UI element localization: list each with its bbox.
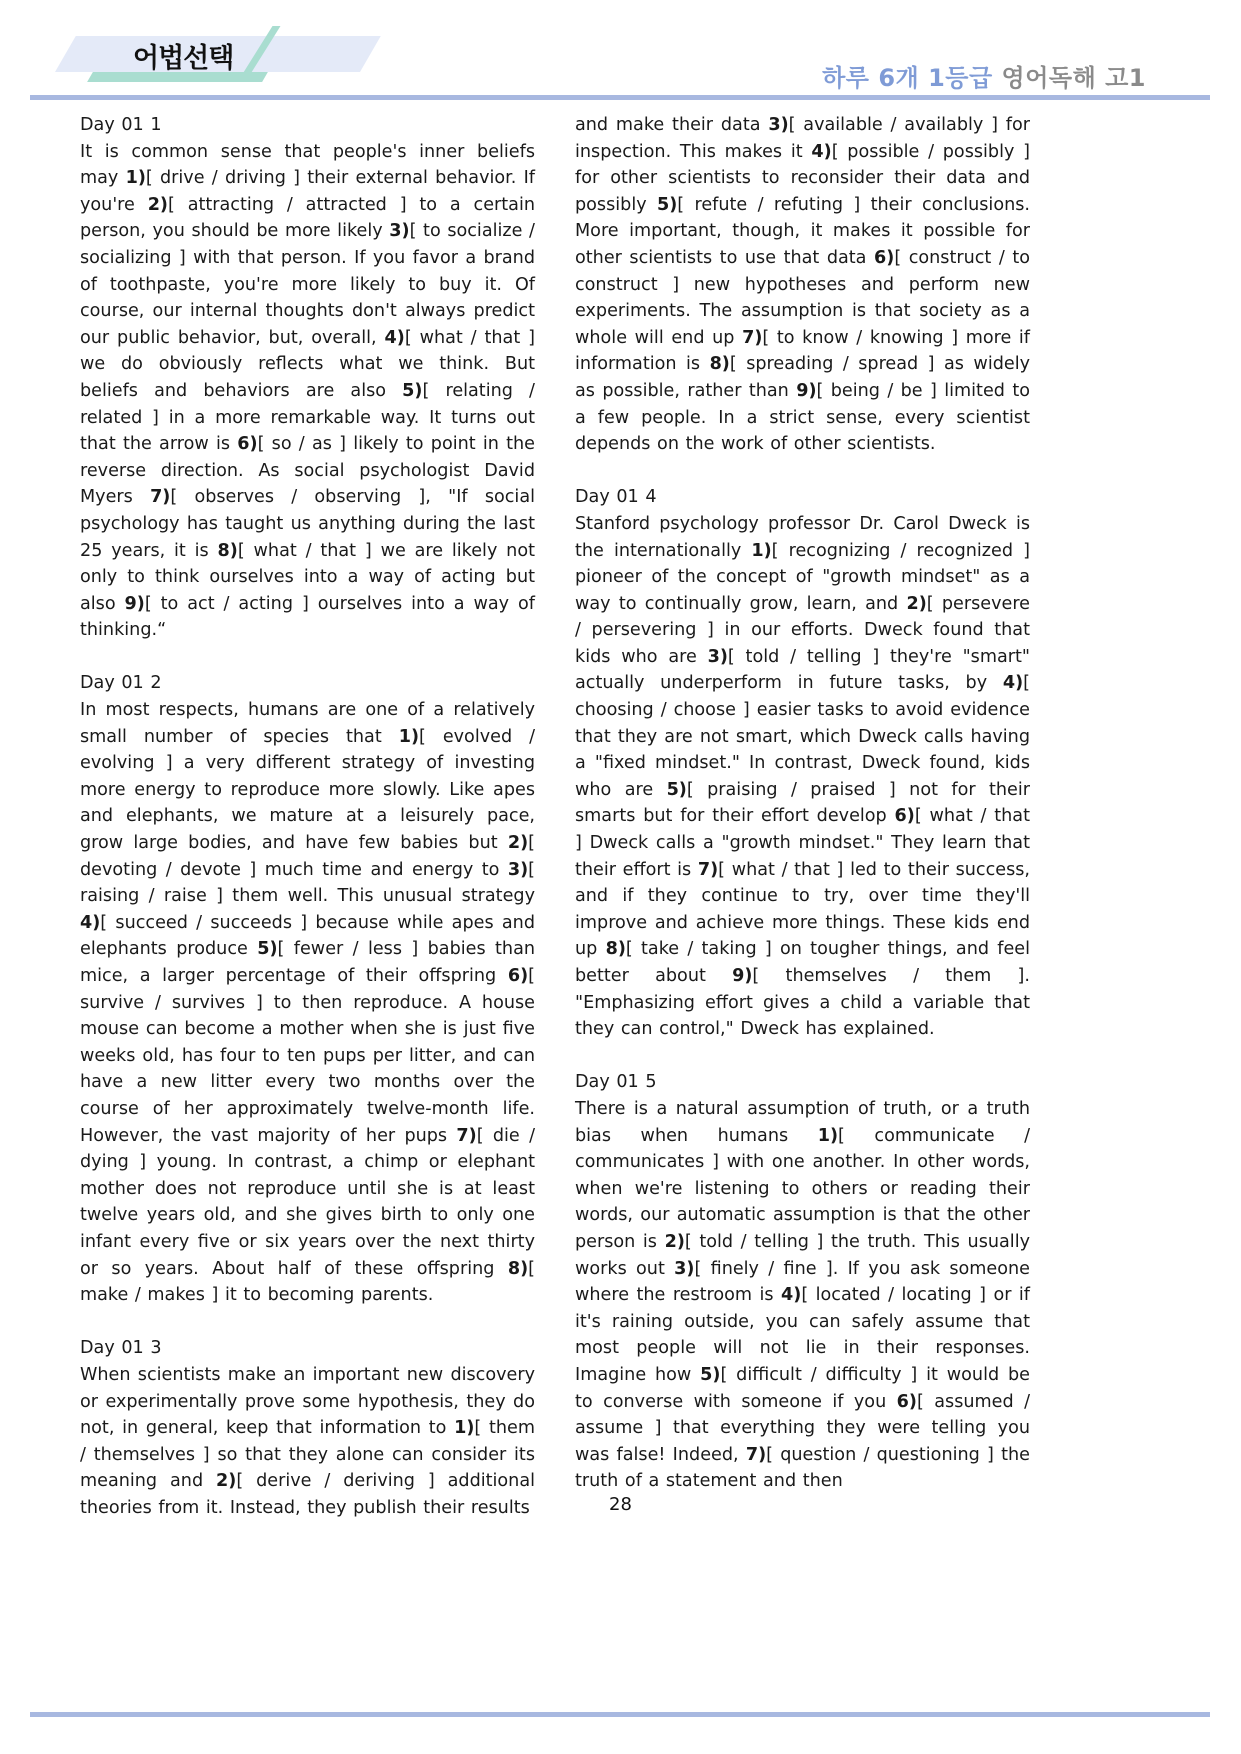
question-number: 5) xyxy=(657,195,677,215)
question-number: 8) xyxy=(606,939,626,959)
question-number: 6) xyxy=(874,248,894,268)
right-column: and make their data 3)[ available / avai… xyxy=(575,112,1030,1521)
passage-body: It is common sense that people's inner b… xyxy=(80,139,535,644)
passage-body: There is a natural assumption of truth, … xyxy=(575,1096,1030,1495)
question-number: 4) xyxy=(80,913,100,933)
question-number: 4) xyxy=(385,328,405,348)
passage-title: Day 01 5 xyxy=(575,1069,1030,1096)
left-column: Day 01 1 It is common sense that people'… xyxy=(80,112,535,1521)
question-number: 6) xyxy=(895,806,915,826)
question-number: 2) xyxy=(216,1471,236,1491)
question-number: 4) xyxy=(811,142,831,162)
question-number: 3) xyxy=(508,860,528,880)
series-title-accent: 하루 6개 1등급 xyxy=(822,64,993,92)
section-logo: 어법선택 xyxy=(55,26,365,86)
question-number: 8) xyxy=(710,354,730,374)
question-number: 5) xyxy=(667,780,687,800)
question-number: 7) xyxy=(746,1445,766,1465)
question-number: 3) xyxy=(674,1259,694,1279)
question-number: 5) xyxy=(402,381,422,401)
question-number: 8) xyxy=(508,1259,528,1279)
question-number: 1) xyxy=(454,1418,474,1438)
passage-title: Day 01 1 xyxy=(80,112,535,139)
header-divider xyxy=(30,95,1210,100)
question-number: 7) xyxy=(456,1126,476,1146)
question-number: 8) xyxy=(218,541,238,561)
question-number: 2) xyxy=(508,833,528,853)
question-number: 1) xyxy=(126,168,146,188)
question-number: 7) xyxy=(150,487,170,507)
question-number: 2) xyxy=(906,594,926,614)
question-number: 2) xyxy=(148,195,168,215)
section-title: 어법선택 xyxy=(133,36,233,75)
question-number: 9) xyxy=(732,966,752,986)
passage-body: In most respects, humans are one of a re… xyxy=(80,697,535,1309)
question-number: 1) xyxy=(751,541,771,561)
question-number: 5) xyxy=(700,1365,720,1385)
question-number: 9) xyxy=(796,381,816,401)
question-number: 3) xyxy=(389,221,409,241)
question-number: 7) xyxy=(742,328,762,348)
question-number: 1) xyxy=(399,727,419,747)
question-number: 4) xyxy=(1003,673,1023,693)
series-title: 하루 6개 1등급 영어독해 고1 xyxy=(822,58,1146,93)
question-number: 7) xyxy=(698,860,718,880)
passage-body: and make their data 3)[ available / avai… xyxy=(575,112,1030,458)
series-title-grey: 영어독해 고1 xyxy=(1002,64,1146,92)
question-number: 6) xyxy=(237,434,257,454)
question-number: 1) xyxy=(818,1126,838,1146)
passage: Day 01 5 There is a natural assumption o… xyxy=(575,1069,1030,1495)
question-number: 4) xyxy=(781,1285,801,1305)
question-number: 5) xyxy=(257,939,277,959)
passage-body: Stanford psychology professor Dr. Carol … xyxy=(575,511,1030,1043)
passage: Day 01 1 It is common sense that people'… xyxy=(80,112,535,644)
page-number: 28 xyxy=(0,1494,1241,1515)
question-number: 9) xyxy=(125,594,145,614)
passage: Day 01 2 In most respects, humans are on… xyxy=(80,670,535,1308)
question-number: 6) xyxy=(897,1392,917,1412)
question-number: 6) xyxy=(508,966,528,986)
footer-divider xyxy=(30,1712,1210,1717)
question-number: 3) xyxy=(768,115,788,135)
passage-title: Day 01 4 xyxy=(575,484,1030,511)
question-number: 3) xyxy=(708,647,728,667)
passage: Day 01 4 Stanford psychology professor D… xyxy=(575,484,1030,1042)
passage-title: Day 01 3 xyxy=(80,1335,535,1362)
question-number: 2) xyxy=(665,1232,685,1252)
passage-continued: and make their data 3)[ available / avai… xyxy=(575,112,1030,458)
page-header: 어법선택 하루 6개 1등급 영어독해 고1 xyxy=(0,0,1241,100)
passage-title: Day 01 2 xyxy=(80,670,535,697)
